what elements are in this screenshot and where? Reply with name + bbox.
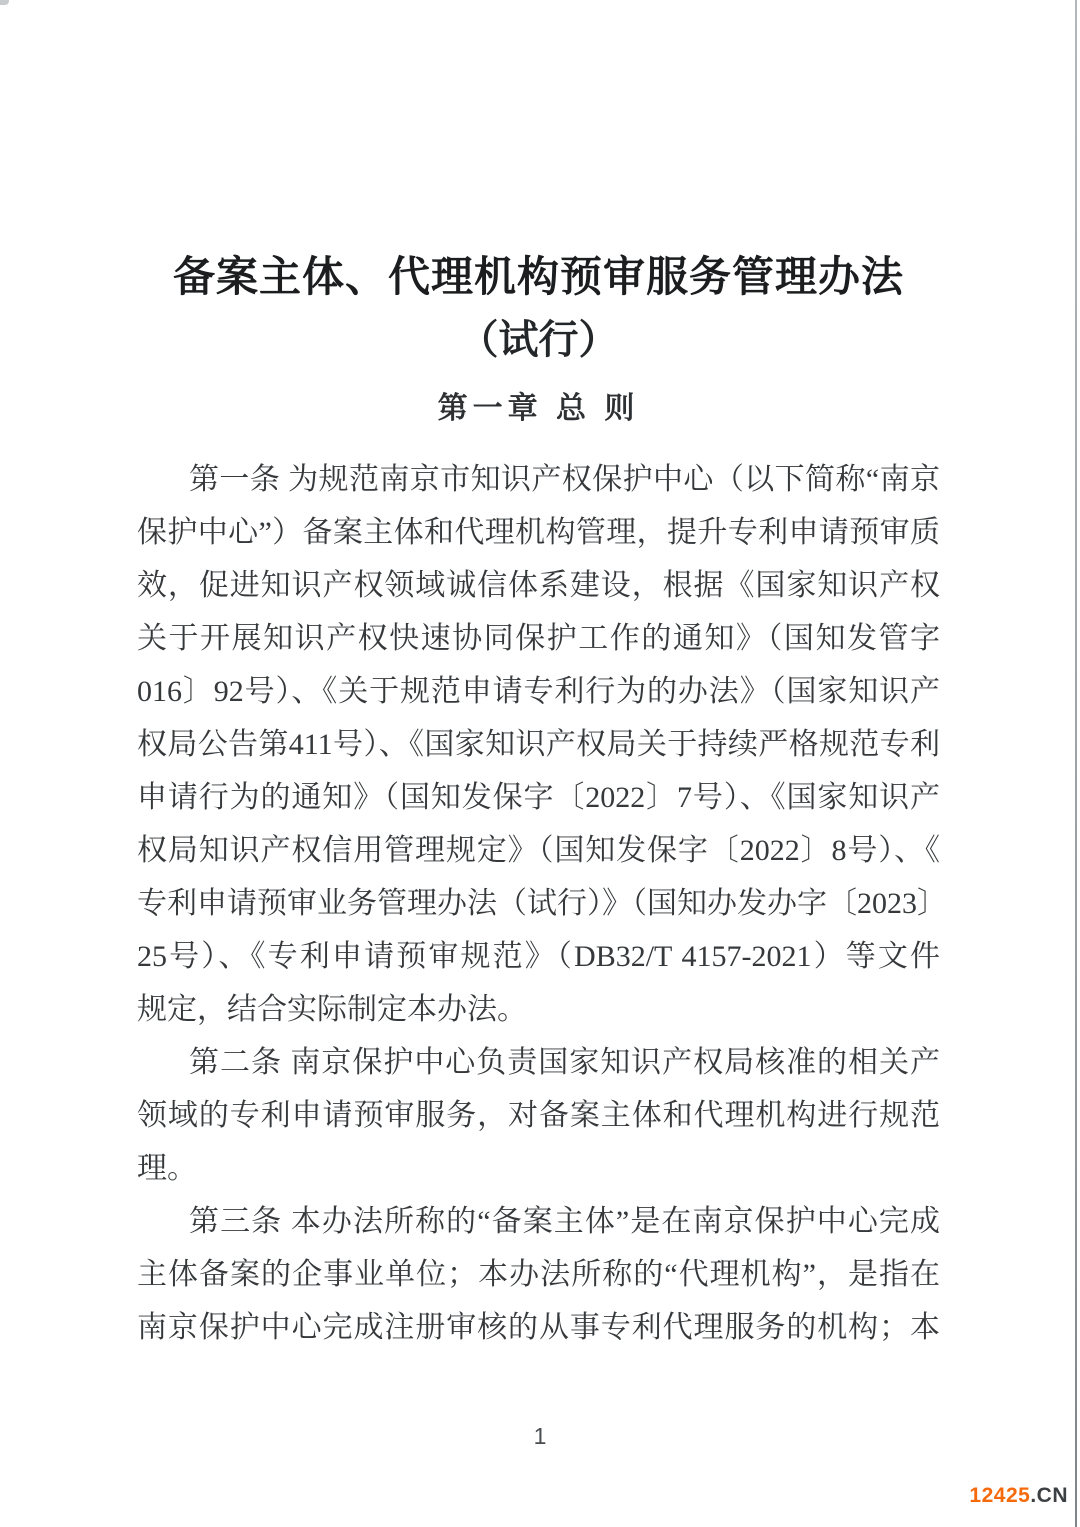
body-line: 领域的专利申请预审服务，对备案主体和代理机构进行规范管 xyxy=(137,1089,940,1142)
chapter-heading: 第一章 总 则 xyxy=(137,391,940,427)
scan-edge-line xyxy=(1075,0,1077,1527)
document-body: 第一条 为规范南京市知识产权保护中心（以下简称“南京 保护中心”）备案主体和代理… xyxy=(137,453,940,1354)
body-line: 申请行为的通知》（国知发保字〔2022〕7号）、《国家知识产 xyxy=(137,771,940,824)
body-line: 第二条 南京保护中心负责国家知识产权局核准的相关产业 xyxy=(137,1036,940,1089)
body-line: 关于开展知识产权快速协同保护工作的通知》（国知发管字〔2 xyxy=(137,612,940,665)
body-line: 专利申请预审业务管理办法（试行）》（国知办发办字〔2023〕 xyxy=(137,877,940,930)
body-line: 理。 xyxy=(137,1142,940,1195)
body-line: 主体备案的企事业单位；本办法所称的“代理机构”，是指在 xyxy=(137,1248,940,1301)
document-page: 备案主体、代理机构预审服务管理办法 （试行） 第一章 总 则 第一条 为规范南京… xyxy=(0,0,1080,1527)
body-line: 效，促进知识产权领域诚信体系建设，根据《国家知识产权局 xyxy=(137,559,940,612)
watermark-domain: .CN xyxy=(1030,1484,1068,1507)
document-content: 备案主体、代理机构预审服务管理办法 （试行） 第一章 总 则 第一条 为规范南京… xyxy=(137,0,940,1527)
scan-corner-artifact xyxy=(0,0,9,5)
page-number: 1 xyxy=(0,1422,1080,1450)
site-watermark: 12425.CN xyxy=(969,1483,1068,1508)
body-line: 016〕92号）、《关于规范申请专利行为的办法》（国家知识产 xyxy=(137,665,940,718)
body-line: 保护中心”）备案主体和代理机构管理，提升专利申请预审质 xyxy=(137,506,940,559)
body-line: 25号）、《专利申请预审规范》（DB32/T 4157-2021）等文件 xyxy=(137,930,940,983)
body-line: 第一条 为规范南京市知识产权保护中心（以下简称“南京 xyxy=(137,453,940,506)
body-line: 南京保护中心完成注册审核的从事专利代理服务的机构；本办 xyxy=(137,1301,940,1354)
body-line: 规定，结合实际制定本办法。 xyxy=(137,983,940,1036)
body-line: 第三条 本办法所称的“备案主体”是在南京保护中心完成 xyxy=(137,1195,940,1248)
document-title: 备案主体、代理机构预审服务管理办法 xyxy=(117,253,960,303)
body-line: 权局公告第411号）、《国家知识产权局关于持续严格规范专利 xyxy=(137,718,940,771)
document-subtitle: （试行） xyxy=(137,317,940,363)
body-line: 权局知识产权信用管理规定》（国知发保字〔2022〕8号）、《 xyxy=(137,824,940,877)
watermark-number: 12425 xyxy=(969,1484,1030,1507)
